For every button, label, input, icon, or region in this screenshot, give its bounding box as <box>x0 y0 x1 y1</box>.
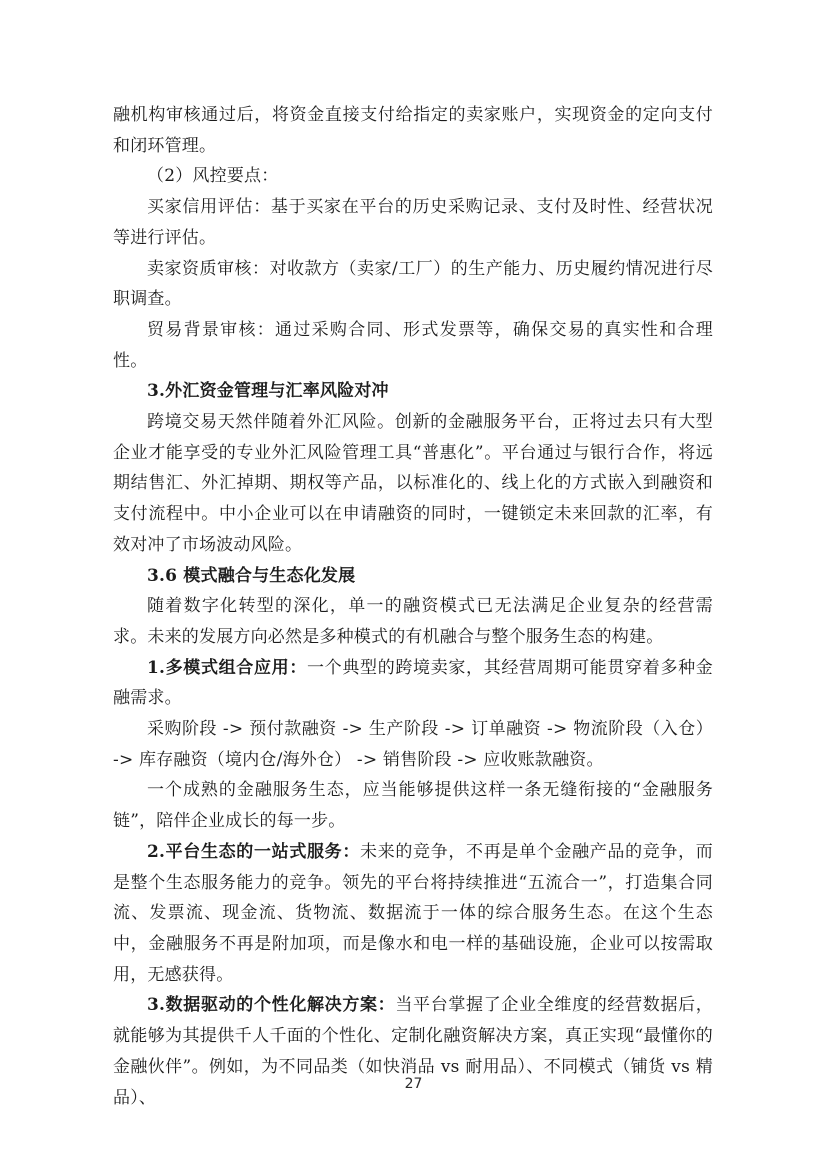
bold-text-run: 3.6 模式融合与生态化发展 <box>147 566 355 586</box>
text-run: （2）风控要点： <box>147 166 278 186</box>
text-run: 融机构审核通过后，将资金直接支付给指定的卖家账户，实现资金的定向支付和闭环管理。 <box>113 105 713 156</box>
page-number: 27 <box>0 1076 827 1092</box>
paragraph: （2）风控要点： <box>113 161 713 192</box>
text-run: 未来的竞争，不再是单个金融产品的竞争，而是整个生态服务能力的竞争。领先的平台将持… <box>113 842 713 985</box>
text-run: 买家信用评估：基于买家在平台的历史采购记录、支付及时性、经营状况等进行评估。 <box>113 197 713 248</box>
bold-text-run: 3.外汇资金管理与汇率风险对冲 <box>147 381 389 401</box>
paragraph: 跨境交易天然伴随着外汇风险。创新的金融服务平台，正将过去只有大型企业才能享受的专… <box>113 407 713 561</box>
bold-text-run: 1.多模式组合应用： <box>147 658 307 678</box>
section-heading: 3.外汇资金管理与汇率风险对冲 <box>113 376 713 407</box>
section-heading: 3.6 模式融合与生态化发展 <box>113 561 713 592</box>
bold-text-run: 3.数据驱动的个性化解决方案： <box>147 995 395 1015</box>
text-run: 采购阶段 -> 预付款融资 -> 生产阶段 -> 订单融资 -> 物流阶段（入仓… <box>113 719 713 770</box>
paragraph: 融机构审核通过后，将资金直接支付给指定的卖家账户，实现资金的定向支付和闭环管理。 <box>113 100 713 161</box>
paragraph: 1.多模式组合应用：一个典型的跨境卖家，其经营周期可能贯穿着多种金融需求。 <box>113 653 713 714</box>
paragraph: 买家信用评估：基于买家在平台的历史采购记录、支付及时性、经营状况等进行评估。 <box>113 192 713 253</box>
text-run: 跨境交易天然伴随着外汇风险。创新的金融服务平台，正将过去只有大型企业才能享受的专… <box>113 412 713 555</box>
paragraph: 贸易背景审核：通过采购合同、形式发票等，确保交易的真实性和合理性。 <box>113 315 713 376</box>
paragraph: 2.平台生态的一站式服务：未来的竞争，不再是单个金融产品的竞争，而是整个生态服务… <box>113 837 713 991</box>
bold-text-run: 2.平台生态的一站式服务： <box>147 842 360 862</box>
paragraph: 3.数据驱动的个性化解决方案：当平台掌握了企业全维度的经营数据后，就能够为其提供… <box>113 990 713 1113</box>
paragraph: 采购阶段 -> 预付款融资 -> 生产阶段 -> 订单融资 -> 物流阶段（入仓… <box>113 714 713 775</box>
paragraph: 卖家资质审核：对收款方（卖家/工厂）的生产能力、历史履约情况进行尽职调查。 <box>113 254 713 315</box>
document-page: 融机构审核通过后，将资金直接支付给指定的卖家账户，实现资金的定向支付和闭环管理。… <box>0 0 827 1169</box>
document-body: 融机构审核通过后，将资金直接支付给指定的卖家账户，实现资金的定向支付和闭环管理。… <box>113 100 713 1113</box>
text-run: 卖家资质审核：对收款方（卖家/工厂）的生产能力、历史履约情况进行尽职调查。 <box>113 259 713 310</box>
paragraph: 一个成熟的金融服务生态，应当能够提供这样一条无缝衔接的“金融服务链”，陪伴企业成… <box>113 775 713 836</box>
paragraph: 随着数字化转型的深化，单一的融资模式已无法满足企业复杂的经营需求。未来的发展方向… <box>113 591 713 652</box>
text-run: 一个成熟的金融服务生态，应当能够提供这样一条无缝衔接的“金融服务链”，陪伴企业成… <box>113 780 713 831</box>
text-run: 贸易背景审核：通过采购合同、形式发票等，确保交易的真实性和合理性。 <box>113 320 713 371</box>
text-run: 随着数字化转型的深化，单一的融资模式已无法满足企业复杂的经营需求。未来的发展方向… <box>113 596 713 647</box>
